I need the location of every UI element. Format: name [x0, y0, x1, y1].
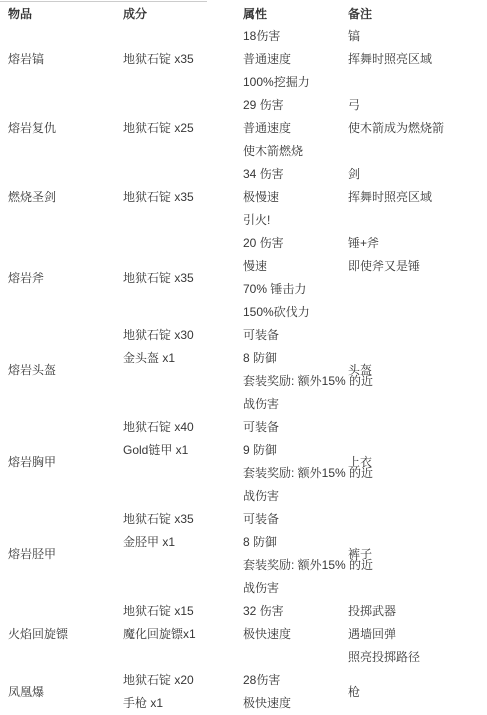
- notes-cell: 枪: [348, 669, 487, 715]
- table-row: 熔岩胸甲 地狱石锭 x40Gold链甲 x1 可装备9 防御套装奖励: 额外15…: [8, 416, 487, 508]
- attribute-line: 使木箭燃烧: [243, 140, 348, 163]
- ingredient-line: 地狱石锭 x35: [123, 48, 243, 71]
- item-cell: 熔岩镐: [8, 25, 123, 94]
- item-cell: 熔岩胸甲: [8, 416, 123, 508]
- column-header-item: 物品: [8, 5, 123, 22]
- ingredients-cell: 地狱石锭 x15魔化回旋镖x1: [123, 600, 243, 669]
- attribute-line: 29 伤害: [243, 94, 348, 117]
- attributes-cell: 28伤害极快速度: [243, 669, 348, 715]
- note-line: 即使斧又是锤: [348, 255, 487, 278]
- ingredient-line: 金胫甲 x1: [123, 531, 243, 554]
- item-name: 火焰回旋镖: [8, 623, 123, 646]
- item-cell: 熔岩复仇: [8, 94, 123, 163]
- attribute-line: 可装备: [243, 508, 348, 531]
- note-line: 使木箭成为燃烧箭: [348, 117, 487, 140]
- notes-cell: 上衣: [348, 416, 487, 508]
- attribute-line: 可装备: [243, 416, 348, 439]
- attribute-line: 套装奖励: 额外15% 的近: [243, 554, 348, 577]
- item-name: 熔岩斧: [8, 267, 123, 290]
- ingredient-line: 地狱石锭 x20: [123, 669, 243, 692]
- attribute-line: 8 防御: [243, 347, 348, 370]
- note-line: 锤+斧: [348, 232, 487, 255]
- ingredient-line: 地狱石锭 x35: [123, 186, 243, 209]
- item-cell: 燃烧圣剑: [8, 163, 123, 232]
- note-line: 剑: [348, 163, 487, 186]
- attribute-line: 慢速: [243, 255, 348, 278]
- crafting-table-page: 物品 成分 属性 备注 熔岩镐 地狱石锭 x35 18伤害普通速度100%挖掘力…: [0, 0, 487, 715]
- note-line: 遇墙回弹: [348, 623, 487, 646]
- ingredient-line: 地狱石锭 x40: [123, 416, 243, 439]
- item-name: 熔岩复仇: [8, 117, 123, 140]
- note-line: 枪: [348, 681, 487, 704]
- column-header-notes: 备注: [348, 5, 487, 22]
- ingredient-line: 地狱石锭 x15: [123, 600, 243, 623]
- attribute-line: 150%砍伐力: [243, 301, 348, 324]
- item-cell: 熔岩胫甲: [8, 508, 123, 600]
- notes-cell: 裤子: [348, 508, 487, 600]
- table-row: 熔岩头盔 地狱石锭 x30金头盔 x1 可装备8 防御套装奖励: 额外15% 的…: [8, 324, 487, 416]
- attribute-line: 极慢速: [243, 186, 348, 209]
- attribute-line: 引火!: [243, 209, 348, 232]
- ingredients-cell: 地狱石锭 x25: [123, 94, 243, 163]
- attribute-line: 套装奖励: 额外15% 的近: [243, 370, 348, 393]
- attributes-cell: 34 伤害极慢速引火!: [243, 163, 348, 232]
- attribute-line: 普通速度: [243, 48, 348, 71]
- ingredient-line: 魔化回旋镖x1: [123, 623, 243, 646]
- ingredient-line: 地狱石锭 x30: [123, 324, 243, 347]
- item-name: 熔岩胸甲: [8, 451, 123, 474]
- note-line: 上衣: [348, 451, 487, 474]
- notes-cell: 投掷武器遇墙回弹照亮投掷路径: [348, 600, 487, 669]
- item-cell: 熔岩斧: [8, 232, 123, 324]
- attribute-line: 34 伤害: [243, 163, 348, 186]
- ingredient-line: 手枪 x1: [123, 692, 243, 715]
- note-line: 头盔: [348, 359, 487, 382]
- table-row: 火焰回旋镖 地狱石锭 x15魔化回旋镖x1 32 伤害极快速度 投掷武器遇墙回弹…: [8, 600, 487, 669]
- attribute-line: 极快速度: [243, 623, 348, 646]
- attributes-cell: 29 伤害普通速度使木箭燃烧: [243, 94, 348, 163]
- attribute-line: 套装奖励: 额外15% 的近: [243, 462, 348, 485]
- item-name: 熔岩镐: [8, 48, 123, 71]
- note-line: 挥舞时照亮区域: [348, 48, 487, 71]
- note-line: 镐: [348, 25, 487, 48]
- attributes-cell: 20 伤害慢速70% 锤击力150%砍伐力: [243, 232, 348, 324]
- note-line: 裤子: [348, 543, 487, 566]
- attribute-line: 普通速度: [243, 117, 348, 140]
- item-name: 熔岩胫甲: [8, 543, 123, 566]
- note-line: 挥舞时照亮区域: [348, 186, 487, 209]
- ingredients-cell: 地狱石锭 x35: [123, 232, 243, 324]
- table-body: 熔岩镐 地狱石锭 x35 18伤害普通速度100%挖掘力 镐挥舞时照亮区域 熔岩…: [8, 25, 487, 715]
- attribute-line: 100%挖掘力: [243, 71, 348, 94]
- item-name: 熔岩头盔: [8, 359, 123, 382]
- table-row: 熔岩复仇 地狱石锭 x25 29 伤害普通速度使木箭燃烧 弓使木箭成为燃烧箭: [8, 94, 487, 163]
- attribute-line: 可装备: [243, 324, 348, 347]
- column-header-ingredients: 成分: [123, 5, 243, 22]
- attribute-line: 8 防御: [243, 531, 348, 554]
- ingredients-cell: 地狱石锭 x20手枪 x1: [123, 669, 243, 715]
- notes-cell: 剑挥舞时照亮区域: [348, 163, 487, 232]
- attribute-line: 20 伤害: [243, 232, 348, 255]
- attribute-line: 18伤害: [243, 25, 348, 48]
- ingredients-cell: 地狱石锭 x35: [123, 163, 243, 232]
- table-row: 熔岩镐 地狱石锭 x35 18伤害普通速度100%挖掘力 镐挥舞时照亮区域: [8, 25, 487, 94]
- attribute-line: 战伤害: [243, 577, 348, 600]
- attribute-line: 战伤害: [243, 393, 348, 416]
- item-name: 燃烧圣剑: [8, 186, 123, 209]
- attributes-cell: 可装备8 防御套装奖励: 额外15% 的近战伤害: [243, 324, 348, 416]
- note-line: 投掷武器: [348, 600, 487, 623]
- note-line: 弓: [348, 94, 487, 117]
- column-header-attributes: 属性: [243, 5, 348, 22]
- attributes-cell: 32 伤害极快速度: [243, 600, 348, 669]
- ingredient-line: 金头盔 x1: [123, 347, 243, 370]
- note-line: 照亮投掷路径: [348, 646, 487, 669]
- ingredients-cell: 地狱石锭 x30金头盔 x1: [123, 324, 243, 416]
- attribute-line: 9 防御: [243, 439, 348, 462]
- attribute-line: 极快速度: [243, 692, 348, 715]
- notes-cell: 锤+斧即使斧又是锤: [348, 232, 487, 324]
- attribute-line: 28伤害: [243, 669, 348, 692]
- table-top-border: [0, 1, 207, 2]
- table-row: 熔岩斧 地狱石锭 x35 20 伤害慢速70% 锤击力150%砍伐力 锤+斧即使…: [8, 232, 487, 324]
- attribute-line: 战伤害: [243, 485, 348, 508]
- ingredient-line: Gold链甲 x1: [123, 439, 243, 462]
- ingredients-cell: 地狱石锭 x35金胫甲 x1: [123, 508, 243, 600]
- notes-cell: 头盔: [348, 324, 487, 416]
- item-name: 凤凰爆: [8, 681, 123, 704]
- ingredients-cell: 地狱石锭 x40Gold链甲 x1: [123, 416, 243, 508]
- attributes-cell: 可装备9 防御套装奖励: 额外15% 的近战伤害: [243, 416, 348, 508]
- table-row: 燃烧圣剑 地狱石锭 x35 34 伤害极慢速引火! 剑挥舞时照亮区域: [8, 163, 487, 232]
- attributes-cell: 18伤害普通速度100%挖掘力: [243, 25, 348, 94]
- item-cell: 凤凰爆: [8, 669, 123, 715]
- ingredients-cell: 地狱石锭 x35: [123, 25, 243, 94]
- ingredient-line: 地狱石锭 x35: [123, 267, 243, 290]
- attributes-cell: 可装备8 防御套装奖励: 额外15% 的近战伤害: [243, 508, 348, 600]
- table-header-row: 物品 成分 属性 备注: [8, 2, 487, 25]
- ingredient-line: 地狱石锭 x35: [123, 508, 243, 531]
- table-row: 熔岩胫甲 地狱石锭 x35金胫甲 x1 可装备8 防御套装奖励: 额外15% 的…: [8, 508, 487, 600]
- item-cell: 熔岩头盔: [8, 324, 123, 416]
- attribute-line: 32 伤害: [243, 600, 348, 623]
- notes-cell: 弓使木箭成为燃烧箭: [348, 94, 487, 163]
- ingredient-line: 地狱石锭 x25: [123, 117, 243, 140]
- table-row: 凤凰爆 地狱石锭 x20手枪 x1 28伤害极快速度 枪: [8, 669, 487, 715]
- attribute-line: 70% 锤击力: [243, 278, 348, 301]
- notes-cell: 镐挥舞时照亮区域: [348, 25, 487, 94]
- item-cell: 火焰回旋镖: [8, 600, 123, 669]
